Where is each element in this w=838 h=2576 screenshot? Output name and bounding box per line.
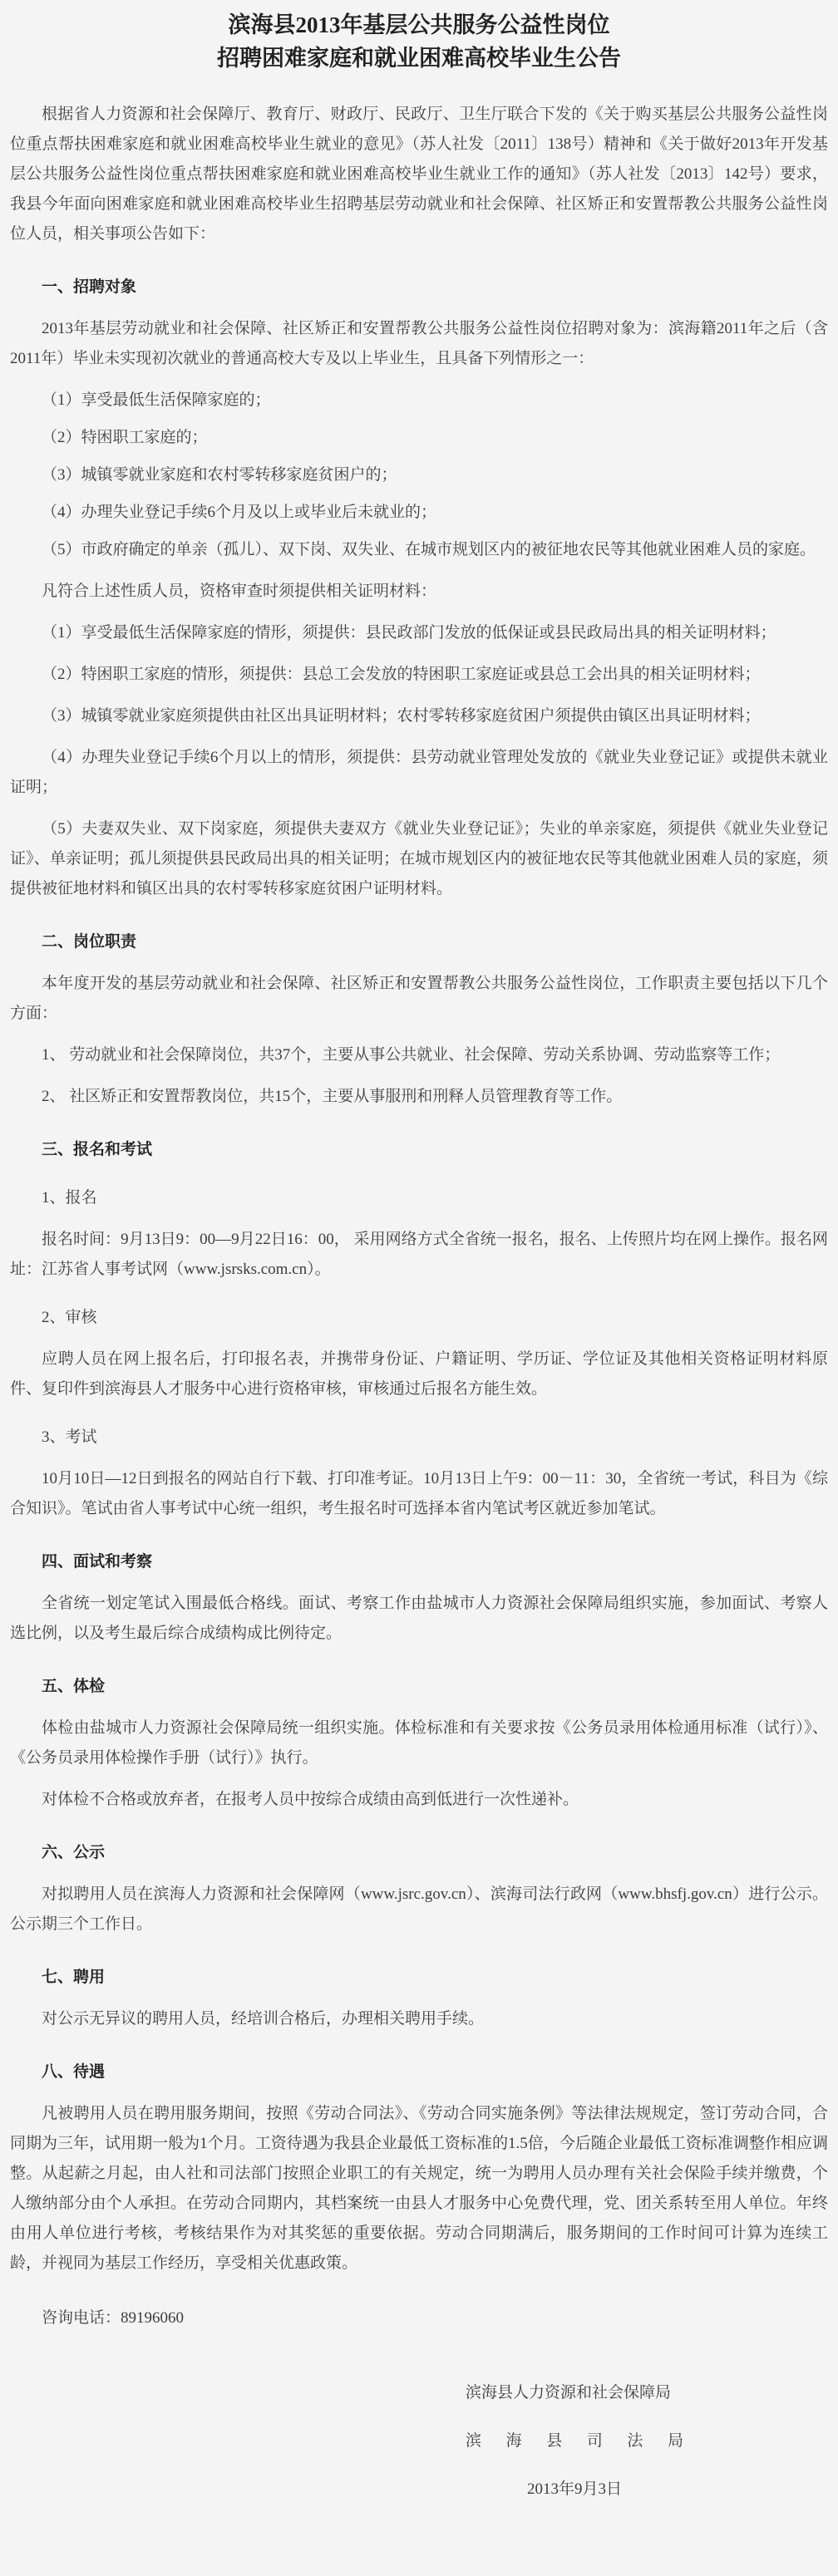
sub-heading-apply: 1、报名 [10,1183,828,1213]
sub-heading-exam: 3、考试 [10,1423,828,1453]
paragraph: 报名时间：9月13日9：00—9月22日16：00， 采用网络方式全省统一报名，… [10,1225,828,1285]
list-item: （4）办理失业登记手续6个月及以上或毕业后未就业的； [10,498,828,528]
section-heading-apply-exam: 三、报名和考试 [10,1135,828,1165]
list-item: （3）城镇零就业家庭须提供由社区出具证明材料；农村零转移家庭贫困户须提供由镇区出… [10,701,828,731]
list-item: （1）享受最低生活保障家庭的； [10,386,828,415]
paragraph: 全省统一划定笔试入围最低合格线。面试、考察工作由盐城市人力资源社会保障局组织实施… [10,1589,828,1649]
paragraph: 凡符合上述性质人员，资格审查时须提供相关证明材料： [10,577,828,607]
section-heading-publicity: 六、公示 [10,1838,828,1868]
paragraph: 对拟聘用人员在滨海人力资源和社会保障网（www.jsrc.gov.cn）、滨海司… [10,1880,828,1939]
sub-heading-review: 2、审核 [10,1303,828,1333]
contact-phone: 咨询电话：89196060 [10,2303,828,2333]
list-item: （5）夫妻双失业、双下岗家庭，须提供夫妻双方《就业失业登记证》；失业的单亲家庭，… [10,814,828,904]
intro-paragraph: 根据省人力资源和社会保障厅、教育厅、财政厅、民政厅、卫生厅联合下发的《关于购买基… [10,100,828,249]
paragraph: 应聘人员在网上报名后，打印报名表，并携带身份证、户籍证明、学历证、学位证及其他相… [10,1345,828,1404]
list-item: 2、 社区矫正和安置帮教岗位，共15个，主要从事服刑和刑释人员管理教育等工作。 [10,1082,828,1112]
paragraph: 2013年基层劳动就业和社会保障、社区矫正和安置帮教公共服务公益性岗位招聘对象为… [10,314,828,374]
list-item: 1、 劳动就业和社会保障岗位，共37个，主要从事公共就业、社会保障、劳动关系协调… [10,1040,828,1070]
title-line-2: 招聘困难家庭和就业困难高校毕业生公告 [10,42,828,75]
list-item: （5）市政府确定的单亲（孤儿）、双下岗、双失业、在城市规划区内的被征地农民等其他… [10,535,828,565]
section-heading-interview: 四、面试和考察 [10,1547,828,1577]
signature-block: 滨海县人力资源和社会保障局 滨海县司法局 2013年9月3日 [466,2383,683,2500]
section-heading-recruit-target: 一、招聘对象 [10,273,828,302]
signature-org-justice: 滨海县司法局 [466,2431,683,2451]
list-item: （3）城镇零就业家庭和农村零转移家庭贫困户的； [10,460,828,490]
section-heading-employment: 七、聘用 [10,1963,828,1993]
list-item: （4）办理失业登记手续6个月以上的情形，须提供：县劳动就业管理处发放的《就业失业… [10,743,828,803]
paragraph: 对体检不合格或放弃者，在报考人员中按综合成绩由高到低进行一次性递补。 [10,1785,828,1815]
announcement-page: { "colors": { "background": "#f4f4f4", "… [0,0,838,2576]
paragraph: 本年度开发的基层劳动就业和社会保障、社区矫正和安置帮教公共服务公益性岗位，工作职… [10,969,828,1029]
page-title: 滨海县2013年基层公共服务公益性岗位 招聘困难家庭和就业困难高校毕业生公告 [10,8,828,75]
paragraph: 体检由盐城市人力资源社会保障局统一组织实施。体检标准和有关要求按《公务员录用体检… [10,1713,828,1773]
section-heading-treatment: 八、待遇 [10,2057,828,2087]
title-line-1: 滨海县2013年基层公共服务公益性岗位 [10,8,828,42]
paragraph: 凡被聘用人员在聘用服务期间，按照《劳动合同法》、《劳动合同实施条例》等法律法规规… [10,2099,828,2279]
section-heading-physical: 五、体检 [10,1672,828,1702]
list-item: （1）享受最低生活保障家庭的情形，须提供：县民政部门发放的低保证或县民政局出具的… [10,618,828,648]
signature-org-hrss: 滨海县人力资源和社会保障局 [466,2383,683,2403]
list-item: （2）特困职工家庭的情形，须提供：县总工会发放的特困职工家庭证或县总工会出具的相… [10,660,828,690]
signature-date: 2013年9月3日 [466,2480,683,2500]
paragraph: 对公示无异议的聘用人员，经培训合格后，办理相关聘用手续。 [10,2004,828,2034]
list-item: （2）特困职工家庭的； [10,423,828,453]
section-heading-job-duties: 二、岗位职责 [10,927,828,957]
announcement-document: 滨海县2013年基层公共服务公益性岗位 招聘困难家庭和就业困难高校毕业生公告 根… [0,0,838,2576]
paragraph: 10月10日—12日到报名的网站自行下载、打印准考证。10月13日上午9：00－… [10,1464,828,1524]
